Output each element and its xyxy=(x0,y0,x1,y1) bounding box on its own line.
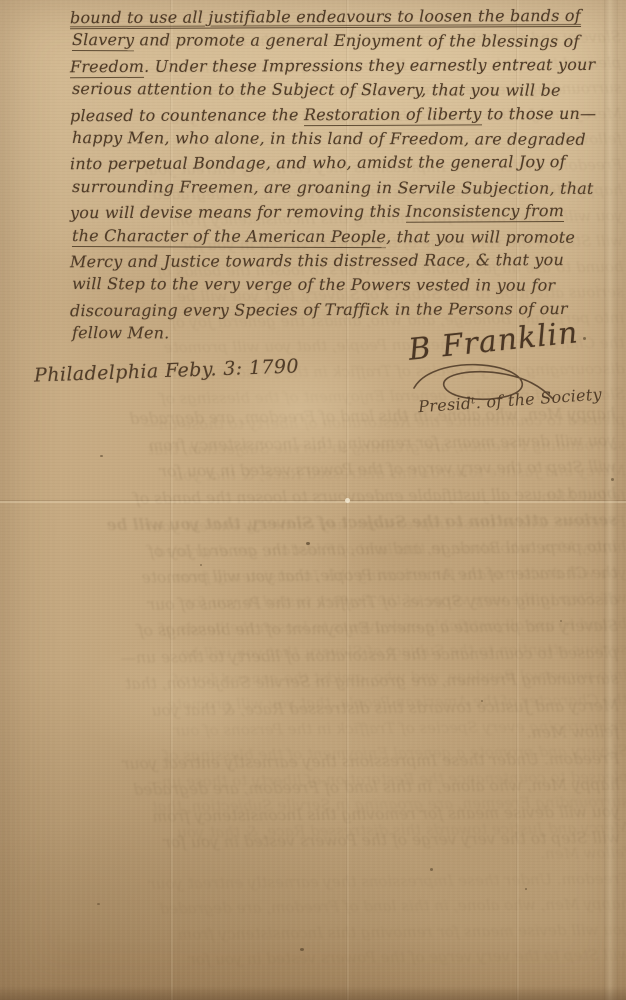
bleed-through-line: pleased to countenance the Restoration o… xyxy=(0,407,625,439)
letter-line: bound to use all justifiable endeavours … xyxy=(70,4,615,31)
paper-speck xyxy=(100,455,103,457)
letter-line: surrounding Freemen, are groaning in Ser… xyxy=(70,175,615,201)
bleed-through-line: happy Men, who alone, in this land of Fr… xyxy=(0,535,626,567)
bleed-through-line: happy Men, who alone, in this land of Fr… xyxy=(10,772,620,805)
bleed-through-line: Mercy and Justice towards this distresse… xyxy=(3,815,626,847)
bleed-through-line: you will devise means for removing this … xyxy=(6,427,616,460)
paper-speck xyxy=(300,948,304,951)
bleed-through-line: bound to use all justifiable endeavours … xyxy=(1,611,626,643)
bleed-through-line: happy Men, who alone, in this land of Fr… xyxy=(4,892,626,924)
letter-line: will Step to the very verge of the Power… xyxy=(70,272,615,298)
bleed-through-line: Mercy and Justice towards this distresse… xyxy=(0,458,626,490)
paper-speck xyxy=(306,542,310,545)
bleed-through-line: fellow Men. xyxy=(9,719,619,752)
paper-speck xyxy=(525,888,527,890)
dateline: Philadelphia Feby. 3: 1790 xyxy=(34,355,300,386)
letter-lines: bound to use all justifiable endeavours … xyxy=(70,5,615,346)
bleed-through-line: you will devise means for removing this … xyxy=(4,917,626,949)
bleed-through-line: surrounding Freemen, are groaning in Ser… xyxy=(8,666,618,699)
bleed-through-line: Mercy and Justice towards this distresse… xyxy=(9,692,619,725)
bleed-through-line: Freedom. Under these Impressions they ea… xyxy=(9,745,619,778)
document-page: Slavery and promote a general Enjoyment … xyxy=(0,0,626,1000)
paper-speck xyxy=(560,620,562,622)
bottom-page-edge xyxy=(0,986,626,1000)
bleed-through-line: Slavery and promote a general Enjoyment … xyxy=(8,613,618,646)
bleed-through-line: you will devise means for removing this … xyxy=(1,560,626,592)
letter-line: serious attention to the Subject of Slav… xyxy=(70,77,615,103)
bleed-through-line: fellow Men. xyxy=(4,841,626,873)
bleed-through-line: will Step to the very verge of the Power… xyxy=(10,825,620,857)
letter-line: happy Men, who alone, in this land of Fr… xyxy=(70,126,615,152)
bleed-through-line: pleased to countenance the Restoration o… xyxy=(8,639,618,672)
bleed-through-layer-strong: happy Men, who alone, in this land of Fr… xyxy=(6,401,621,857)
bleed-through-line: will Step to the very verge of the Power… xyxy=(1,586,626,618)
bleed-through-line: discouraging every Species of Traffick i… xyxy=(8,586,618,619)
bleed-through-line: the Character of the American People, th… xyxy=(2,688,626,720)
bleed-through-line: serious attention to the Subject of Slav… xyxy=(7,507,617,540)
paper-speck xyxy=(611,478,614,481)
bleed-through-line: you will devise means for removing this … xyxy=(10,798,620,831)
bleed-through-line: bound to use all justifiable endeavours … xyxy=(6,480,616,513)
bleed-through-line: pleased to countenance the Restoration o… xyxy=(3,764,626,796)
bleed-through-line: the Character of the American People, th… xyxy=(7,560,617,593)
bleed-through-line: Freedom. Under these Impressions they ea… xyxy=(0,509,626,541)
bleed-through-line: will Step to the very verge of the Power… xyxy=(5,943,626,975)
paper-speck xyxy=(430,868,433,871)
horizontal-fold-crease xyxy=(0,500,626,503)
paper-speck xyxy=(481,700,483,702)
bleed-through-line: into perpetual Bondage, and who, amidst … xyxy=(7,533,617,566)
bleed-through-line: Freedom. Under these Impressions they ea… xyxy=(4,866,626,898)
letter-line: you will devise means for removing this … xyxy=(70,199,615,226)
letter-line: Freedom. Under these Impressions they ea… xyxy=(70,53,615,80)
paper-hole-speck xyxy=(345,498,350,503)
bleed-through-line: surrounding Freemen, are groaning in Ser… xyxy=(0,433,625,465)
paper-speck xyxy=(97,903,100,905)
letter-line: pleased to countenance the Restoration o… xyxy=(70,101,615,128)
bleed-through-line: will Step to the very verge of the Power… xyxy=(6,454,616,487)
letter-line: the Character of the American People, th… xyxy=(70,224,615,250)
bleed-through-line: Slavery and promote a general Enjoyment … xyxy=(2,739,626,771)
bleed-through-line: surrounding Freemen, are groaning in Ser… xyxy=(3,790,626,822)
letter-line: into perpetual Bondage, and who, amidst … xyxy=(70,150,615,177)
paper-speck xyxy=(200,564,202,566)
letter-line: Mercy and Justice towards this distresse… xyxy=(70,248,615,275)
letter-line: Slavery and promote a general Enjoyment … xyxy=(70,28,615,54)
bleed-through-line: discouraging every Species of Traffick i… xyxy=(2,713,626,745)
bleed-through-line: serious attention to the Subject of Slav… xyxy=(1,637,626,669)
bleed-through-line: into perpetual Bondage, and who, amidst … xyxy=(2,662,626,694)
bleed-through-line: fellow Men. xyxy=(0,484,626,516)
